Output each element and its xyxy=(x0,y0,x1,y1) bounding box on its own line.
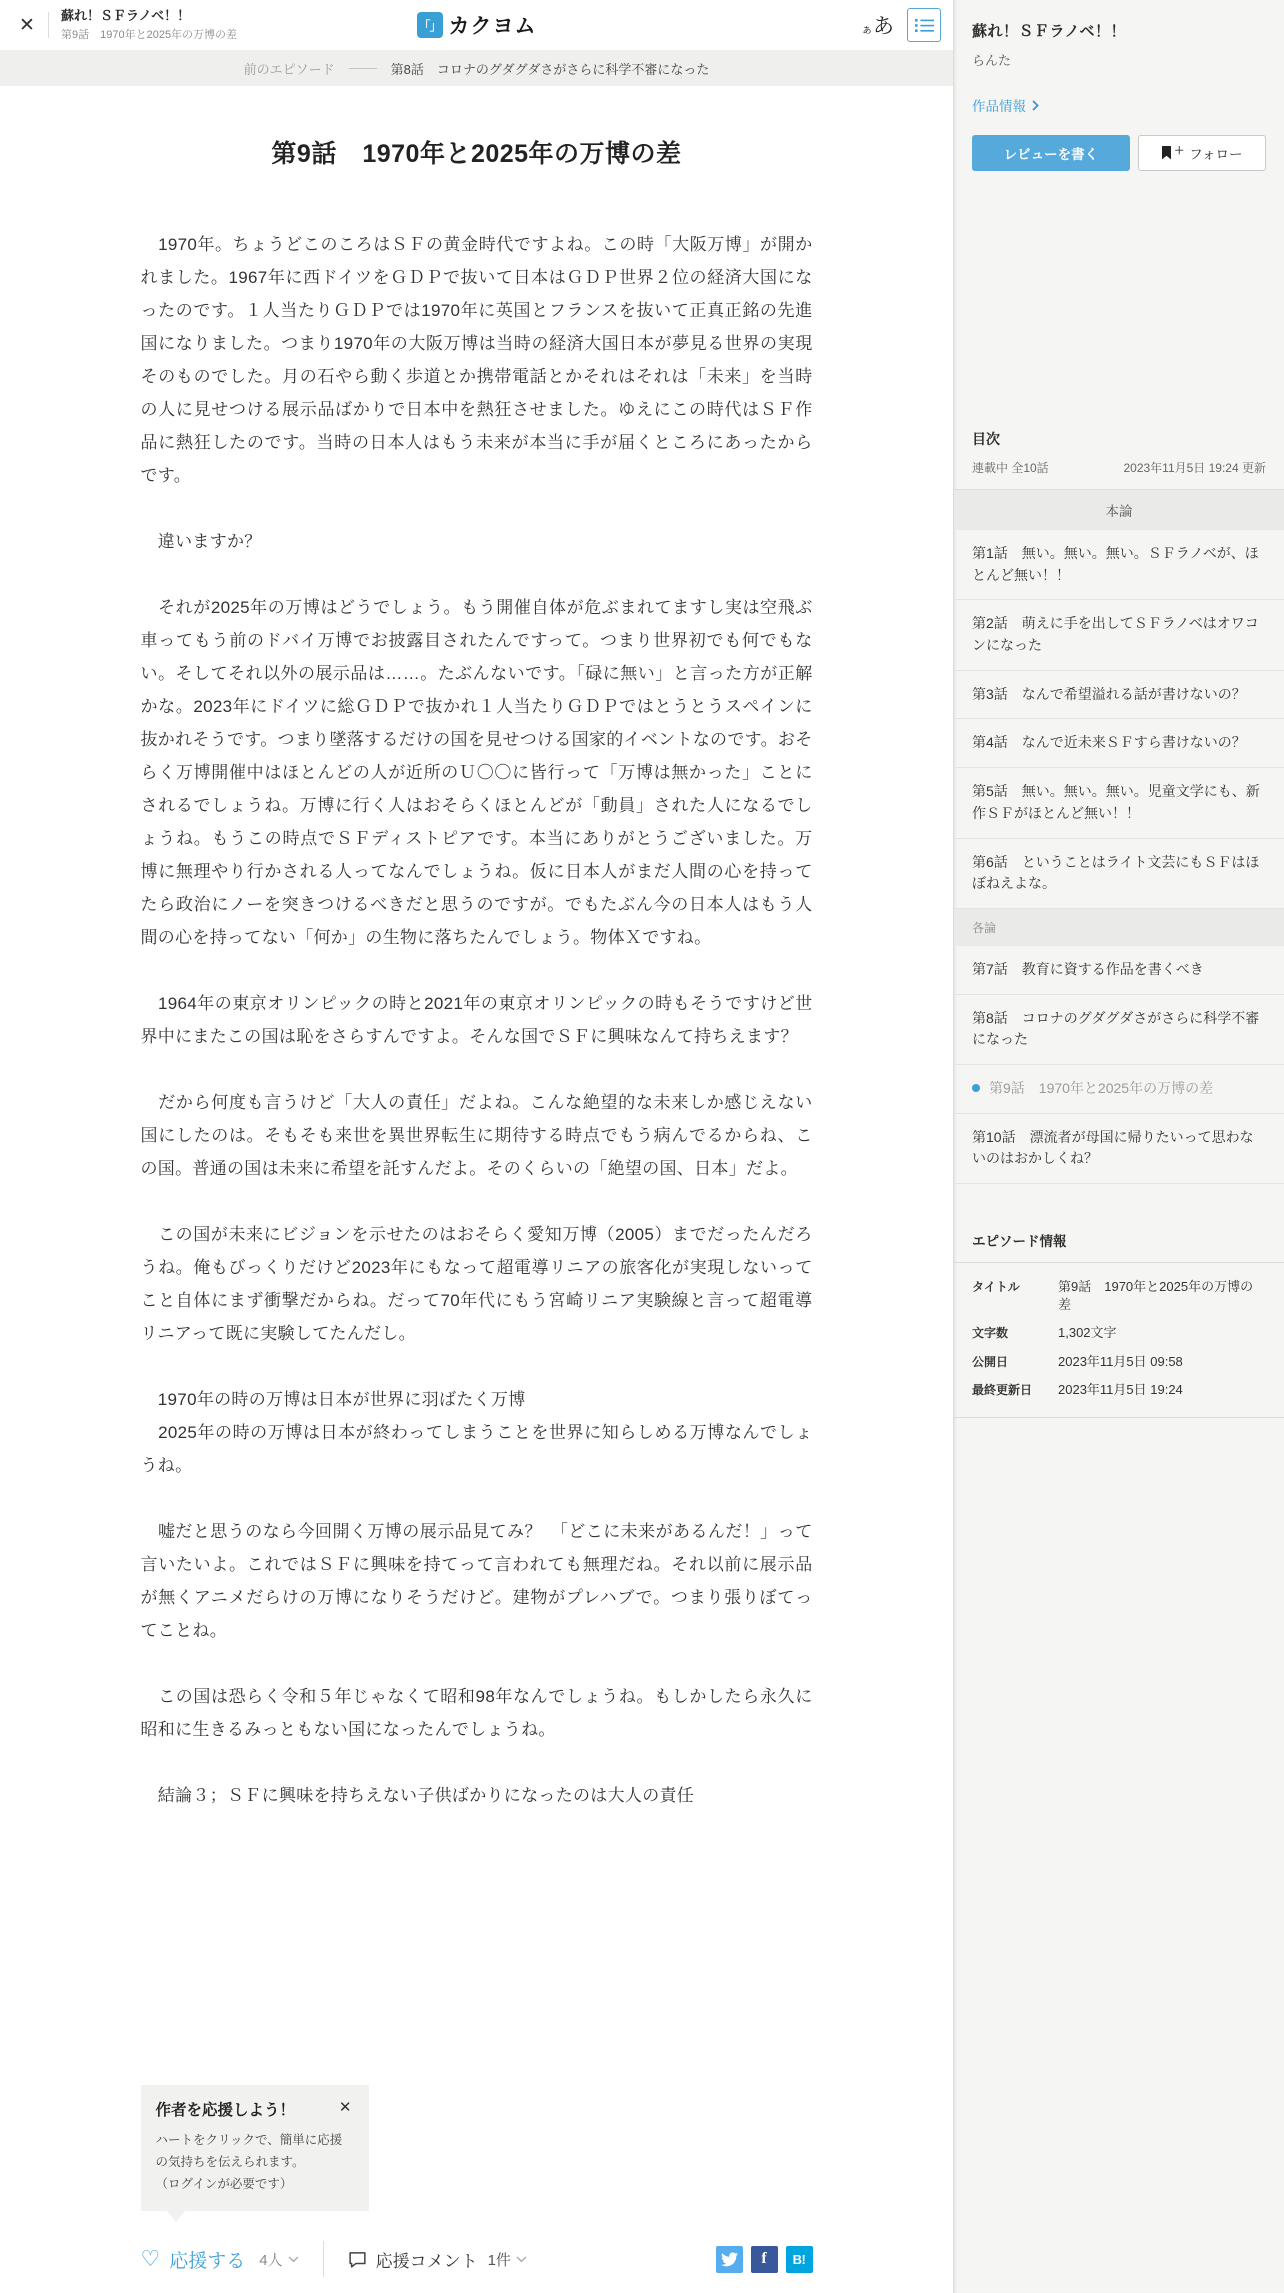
episode-info-value: 2023年11月5日 19:24 xyxy=(1058,1381,1183,1399)
twitter-bird-icon xyxy=(721,2252,738,2267)
work-info-label: 作品情報 xyxy=(972,95,1026,115)
font-size-large-glyph: あ xyxy=(873,10,894,40)
toc-section-header: 各論 xyxy=(954,909,1284,946)
sidebar-buttons: レビューを書く ＋ フォロー xyxy=(972,135,1266,171)
episode-info-row: 公開日2023年11月5日 09:58 xyxy=(972,1353,1266,1371)
bookmark-icon xyxy=(1161,146,1172,160)
toc-item[interactable]: 第8話 コロナのグダグダさがさらに科学不審になった xyxy=(954,995,1284,1065)
page: ✕ 蘇れ！ＳＦラノベ！！ 第9話 1970年と2025年の万博の差 「」 カクヨ… xyxy=(0,0,1284,2293)
comment-count-dropdown[interactable]: 1件 xyxy=(488,2249,527,2270)
article-paragraph: 違いますか？ xyxy=(141,525,813,558)
twitter-share-button[interactable] xyxy=(716,2246,743,2273)
toc-item[interactable]: 第3話 なんで希望溢れる話が書けないの？ xyxy=(954,671,1284,720)
reader-column: ✕ 蘇れ！ＳＦラノベ！！ 第9話 1970年と2025年の万博の差 「」 カクヨ… xyxy=(0,0,953,2293)
hatena-share-button[interactable]: B! xyxy=(786,2246,813,2273)
episode-info-row: 文字数1,302文字 xyxy=(972,1324,1266,1342)
article-paragraph: この国が未来にビジョンを示せたのはおそらく愛知万博（2005）までだったんだろう… xyxy=(141,1218,813,1350)
toc-heading: 目次 xyxy=(954,429,1284,449)
episode-info-label: 文字数 xyxy=(972,1324,1058,1341)
episode-title: 第9話 1970年と2025年の万博の差 xyxy=(141,134,813,170)
toc-item-current: 第9話 1970年と2025年の万博の差 xyxy=(954,1065,1284,1114)
cheer-label: 応援する xyxy=(169,2246,245,2273)
share-buttons: f B! xyxy=(716,2246,813,2273)
toc-item[interactable]: 第10話 漂流者が母国に帰りたいって思わないのはおかしくね？ xyxy=(954,1114,1284,1184)
support-popup-body: ハートをクリックで、簡単に応援の気持ちを伝えられます。 （ログインが必要です） xyxy=(156,2130,354,2196)
article-paragraph: 嘘だと思うのなら今回開く万博の展示品見てみ？ 「どこに未来があるんだ！」って言い… xyxy=(141,1515,813,1647)
episode-info-label: 最終更新日 xyxy=(972,1381,1058,1398)
article: 第9話 1970年と2025年の万博の差 1970年。ちょうどこのころはＳＦの黄… xyxy=(141,86,813,2085)
comment-count: 1件 xyxy=(488,2249,511,2270)
article-paragraph: それが2025年の万博はどうでしょう。もう開催自体が危ぶまれてますし実は空飛ぶ車… xyxy=(141,591,813,954)
hatena-b-icon: B! xyxy=(793,2252,806,2267)
toc-item[interactable]: 第2話 萌えに手を出してＳＦラノベはオワコンになった xyxy=(954,600,1284,670)
serial-status: 連載中 全10話 xyxy=(972,459,1049,476)
toc-item[interactable]: 第4話 なんで近未来ＳＦすら書けないの？ xyxy=(954,719,1284,768)
work-info-link[interactable]: 作品情報 xyxy=(972,95,1266,115)
toc-item[interactable]: 第5話 無い。無い。無い。児童文学にも、新作ＳＦがほとんど無い！！ xyxy=(954,768,1284,838)
reader-header: ✕ 蘇れ！ＳＦラノベ！！ 第9話 1970年と2025年の万博の差 「」 カクヨ… xyxy=(0,0,953,50)
header-controls: ぁ あ xyxy=(861,8,941,42)
episode-info: エピソード情報 タイトル第9話 1970年と2025年の万博の差文字数1,302… xyxy=(954,1230,1284,1418)
support-popup: 作者を応援しよう！ ✕ ハートをクリックで、簡単に応援の気持ちを伝えられます。 … xyxy=(141,2085,369,2211)
header-titles: 蘇れ！ＳＦラノベ！！ 第9話 1970年と2025年の万博の差 xyxy=(61,8,237,42)
sidebar-author-link[interactable]: らんた xyxy=(972,50,1266,69)
article-paragraph: 結論３；ＳＦに興味を持ちえない子供ばかりになったのは大人の責任 xyxy=(141,1779,813,1812)
follow-button[interactable]: ＋ フォロー xyxy=(1138,135,1266,171)
font-size-small-glyph: ぁ xyxy=(861,20,873,37)
sidebar: 蘇れ！ＳＦラノベ！！ らんた 作品情報 レビューを書く ＋ フォロー 目次 連載… xyxy=(953,0,1284,2293)
toc-item[interactable]: 第1話 無い。無い。無い。ＳＦラノベが、ほとんど無い！！ xyxy=(954,530,1284,600)
follow-label: フォロー xyxy=(1189,143,1242,163)
header-work-title: 蘇れ！ＳＦラノベ！！ xyxy=(61,8,237,24)
actions-divider xyxy=(323,2241,324,2277)
comment-bubble-icon xyxy=(348,2251,367,2268)
close-button[interactable]: ✕ xyxy=(12,10,42,40)
episode-info-body: タイトル第9話 1970年と2025年の万博の差文字数1,302文字公開日202… xyxy=(954,1263,1284,1418)
toc-item[interactable]: 第7話 教育に資する作品を書くべき xyxy=(954,946,1284,995)
toc-item-label: 第9話 1970年と2025年の万博の差 xyxy=(989,1078,1213,1100)
article-paragraph: この国は恐らく令和５年じゃなくて昭和98年なんでしょうね。もしかしたら永久に昭和… xyxy=(141,1680,813,1746)
kakuyomu-logo-text: カクヨム xyxy=(449,10,537,40)
comment-button[interactable]: 応援コメント xyxy=(348,2247,478,2272)
cheer-count: 4人 xyxy=(259,2249,282,2270)
kakuyomu-logo[interactable]: 「」 カクヨム xyxy=(417,10,537,40)
cheer-count-dropdown[interactable]: 4人 xyxy=(259,2249,298,2270)
popup-close-icon[interactable]: ✕ xyxy=(337,2098,354,2116)
table-of-contents: 目次 連載中 全10話 2023年11月5日 19:24 更新 本論第1話 無い… xyxy=(954,429,1284,1184)
list-icon xyxy=(915,18,934,33)
kakuyomu-logo-icon: 「」 xyxy=(417,12,443,38)
chevron-down-icon xyxy=(516,2256,527,2263)
toc-meta: 連載中 全10話 2023年11月5日 19:24 更新 xyxy=(954,449,1284,490)
header-episode-subtitle: 第9話 1970年と2025年の万博の差 xyxy=(61,26,237,42)
nav-separator xyxy=(349,68,377,69)
episode-nav-bar: 前のエピソード 第8話 コロナのグダグダさがさらに科学不審になった xyxy=(0,50,953,86)
font-size-button[interactable]: ぁ あ xyxy=(861,10,894,40)
episode-info-row: タイトル第9話 1970年と2025年の万博の差 xyxy=(972,1278,1266,1314)
chevron-right-icon xyxy=(1032,100,1039,111)
heart-icon: ♡ xyxy=(141,2248,161,2270)
episode-info-label: 公開日 xyxy=(972,1353,1058,1370)
episode-info-row: 最終更新日2023年11月5日 19:24 xyxy=(972,1381,1266,1399)
support-popup-header: 作者を応援しよう！ ✕ xyxy=(156,2098,354,2120)
article-paragraph: 1964年の東京オリンピックの時と2021年の東京オリンピックの時もそうですけど… xyxy=(141,987,813,1053)
sidebar-work-title: 蘇れ！ＳＦラノベ！！ xyxy=(972,20,1266,41)
article-paragraph: 1970年の時の万博は日本が世界に羽ばたく万博 2025年の時の万博は日本が終わ… xyxy=(141,1383,813,1482)
write-review-button[interactable]: レビューを書く xyxy=(972,135,1130,171)
article-body: 1970年。ちょうどこのころはＳＦの黄金時代ですよね。この時「大阪万博」が開かれ… xyxy=(141,228,813,1812)
current-episode-dot xyxy=(972,1084,980,1092)
episode-info-value: 1,302文字 xyxy=(1058,1324,1117,1342)
prev-episode-link[interactable]: 第8話 コロナのグダグダさがさらに科学不審になった xyxy=(391,59,710,78)
sidebar-header: 蘇れ！ＳＦラノベ！！ らんた 作品情報 レビューを書く ＋ フォロー xyxy=(954,0,1284,171)
episode-info-value: 第9話 1970年と2025年の万博の差 xyxy=(1058,1278,1266,1314)
toc-toggle-button[interactable] xyxy=(907,8,941,42)
chevron-down-icon xyxy=(288,2256,299,2263)
plus-icon: ＋ xyxy=(1174,142,1184,157)
episode-info-value: 2023年11月5日 09:58 xyxy=(1058,1353,1183,1371)
updated-timestamp: 2023年11月5日 19:24 更新 xyxy=(1123,459,1266,476)
support-popup-title: 作者を応援しよう！ xyxy=(156,2098,296,2120)
reader-footer: 作者を応援しよう！ ✕ ハートをクリックで、簡単に応援の気持ちを伝えられます。 … xyxy=(141,2085,813,2293)
facebook-f-icon: f xyxy=(761,2250,766,2268)
toc-section-header: 本論 xyxy=(954,490,1284,530)
article-paragraph: 1970年。ちょうどこのころはＳＦの黄金時代ですよね。この時「大阪万博」が開かれ… xyxy=(141,228,813,492)
actions-row: ♡ 応援する 4人 応援コメント 1件 xyxy=(141,2241,813,2277)
episode-info-heading: エピソード情報 xyxy=(954,1230,1284,1263)
toc-list: 本論第1話 無い。無い。無い。ＳＦラノベが、ほとんど無い！！第2話 萌えに手を出… xyxy=(954,490,1284,1184)
article-paragraph: だから何度も言うけど「大人の責任」だよね。こんな絶望的な未来しか感じえない国にし… xyxy=(141,1086,813,1185)
facebook-share-button[interactable]: f xyxy=(751,2246,778,2273)
toc-item[interactable]: 第6話 ということはライト文芸にもＳＦはほぼねえよな。 xyxy=(954,839,1284,909)
comment-label: 応援コメント xyxy=(376,2247,478,2272)
prev-episode-label[interactable]: 前のエピソード xyxy=(244,59,335,78)
episode-info-label: タイトル xyxy=(972,1278,1058,1295)
header-divider xyxy=(48,12,49,38)
cheer-button[interactable]: ♡ 応援する xyxy=(141,2246,246,2273)
